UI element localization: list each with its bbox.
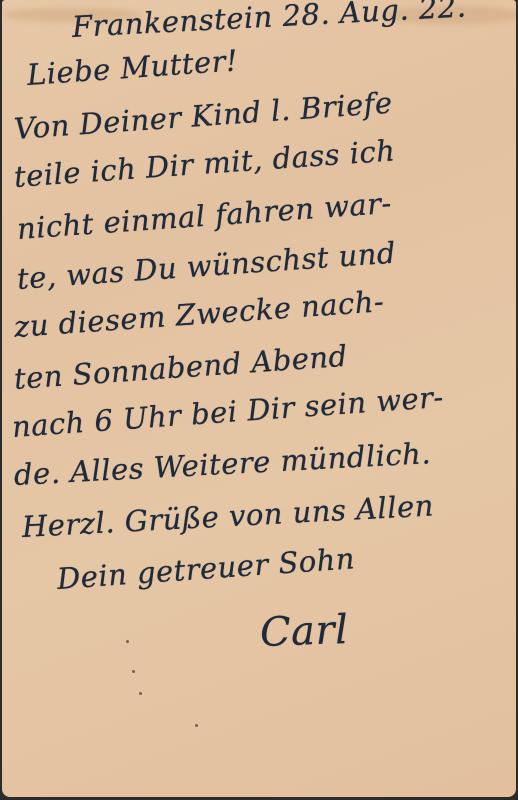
salutation-line: Liebe Mutter! — [26, 43, 239, 92]
body-line: teile ich Dir mit, dass ich — [13, 133, 397, 194]
body-line: zu diesem Zwecke nach- — [13, 284, 385, 344]
signature: Carl — [259, 607, 349, 656]
ink-speck — [139, 692, 142, 695]
place-date-line: Frankenstein 28. Aug. 22. — [71, 0, 467, 44]
postcard: Frankenstein 28. Aug. 22. Liebe Mutter! … — [2, 0, 516, 797]
ink-speck — [132, 670, 135, 673]
body-line: nicht einmal fahren war- — [16, 186, 393, 246]
greeting-line: Herzl. Grüße von uns Allen — [21, 488, 435, 544]
closing-line: Dein getreuer Sohn — [56, 541, 356, 596]
body-line: ten Sonnabend Abend — [13, 339, 349, 396]
body-line: de. Alles Weitere mündlich. — [13, 436, 432, 492]
ink-speck — [126, 640, 129, 643]
ink-speck — [195, 724, 198, 727]
